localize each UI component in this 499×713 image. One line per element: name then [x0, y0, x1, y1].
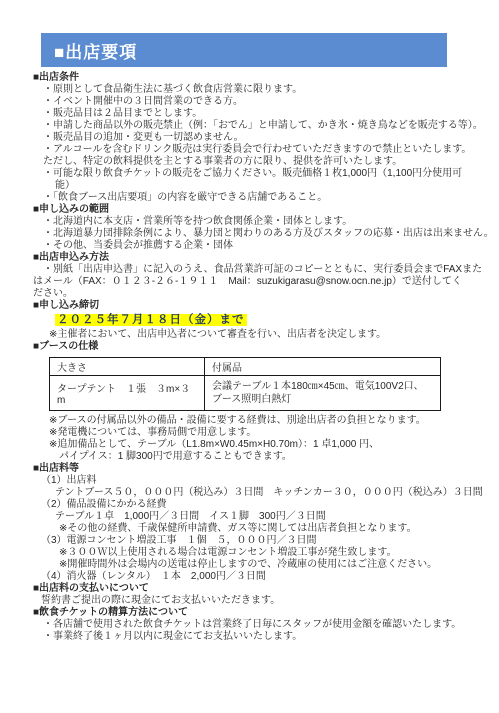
table-header-row: 大きさ 付属品	[50, 358, 441, 376]
deadline-line: ２０２５年７月１８日（金）まで	[33, 313, 497, 328]
doc-line: 能）	[33, 180, 497, 192]
doc-line: 誓約書ご提出の際に現金にてお支払いいただきます。	[33, 595, 497, 607]
section-heading: ■出店申込み方法	[33, 252, 497, 264]
doc-line: パイプイス：1 脚300円で用意することもできます。	[33, 451, 497, 463]
booth-spec-table: 大きさ 付属品 タープテント １張 ３m×３m 会議テーブル１本180㎝×45㎝…	[49, 357, 441, 411]
deadline-highlight: ２０２５年７月１８日（金）まで	[55, 314, 247, 326]
section-heading: ■出店料等	[33, 463, 497, 475]
doc-line: テーブル１卓 1,000円／３日間 イス１脚 300円／３日間	[33, 511, 497, 523]
doc-line: ・各店舗で使用された飲食チケットは営業終了日毎にスタッフが使用金額を確認いたしま…	[33, 619, 497, 631]
doc-line: ※ブースの付属品以外の備品・設備に要する経費は、別途出店者の負担となります。	[33, 415, 497, 427]
doc-line: テントブース５０，０００円（税込み）３日間 キッチンカー３０，０００円（税込み）…	[33, 487, 497, 499]
doc-line: ・原則として食品衛生法に基づく飲食店営業に限ります。	[33, 84, 497, 96]
doc-line: （3）電源コンセント増設工事 １個 ５，０００円／３日間	[33, 535, 497, 547]
document-lines-bottom: ※ブースの付属品以外の備品・設備に要する経費は、別途出店者の負担となります。※発…	[33, 415, 497, 643]
doc-line: ※開催時間外は会場内の送電は停止しますので、冷蔵庫の使用にはご注意ください。	[33, 559, 497, 571]
section-heading: ■飲食チケットの精算方法について	[33, 607, 497, 619]
table-row: タープテント １張 ３m×３m 会議テーブル１本180㎝×45㎝、電気100V2…	[50, 376, 441, 411]
doc-line: はメール（FAX：０１２３-２６-１９１１ Mail：suzukigarasu@…	[33, 276, 497, 288]
table-cell-size: タープテント １張 ３m×３m	[50, 376, 205, 411]
document-page: ■出店要項 ■出店条件・原則として食品衛生法に基づく飲食店営業に限ります。・イベ…	[0, 0, 499, 713]
doc-line: ※その他の経費、千歳保健所申請費、ガス等に関しては出店者負担となります。	[33, 523, 497, 535]
doc-line: ※追加備品として、テーブル（L1.8m×W0.45m×H0.70m）：1 卓1,…	[33, 439, 497, 451]
doc-line: ださい。	[33, 288, 497, 300]
doc-line: ・アルコールを含むドリンク販売は実行委員会で行わせていただきますので禁止といたし…	[33, 144, 497, 156]
table-header-size: 大きさ	[50, 358, 205, 376]
title-bar: ■出店要項	[41, 33, 447, 67]
section-heading: ■ブースの仕様	[33, 341, 497, 353]
doc-line: ・申請した商品以外の販売禁止（例：「おでん」と申請して、かき氷・焼き鳥などを販売…	[33, 120, 497, 132]
document-lines-top: ■出店条件・原則として食品衛生法に基づく飲食店営業に限ります。・イベント開催中の…	[33, 72, 497, 353]
doc-line: ・販売品目の追加・変更も一切認めません。	[33, 132, 497, 144]
doc-line: ・別紙「出店申込書」に記入のうえ、食品営業許可証のコピーとともに、実行委員会まで…	[33, 264, 497, 276]
doc-line: ・北海道暴力団排除条例により、暴力団と関わりのある方及びスタッフの応募・出店は出…	[33, 228, 497, 240]
doc-line: ※発電機については、事務局側で用意します。	[33, 427, 497, 439]
doc-line: （2）備品設備にかかる経費	[33, 499, 497, 511]
doc-line: ・北海道内に本支店・営業所等を持つ飲食関係企業・団体とします。	[33, 216, 497, 228]
doc-line: ただし、特定の飲料提供を主とする事業者の方に限り、提供を許可いたします。	[33, 156, 497, 168]
document-content: ■出店条件・原則として食品衛生法に基づく飲食店営業に限ります。・イベント開催中の…	[33, 72, 497, 643]
doc-line: ・可能な限り飲食チケットの販売をご協力ください。販売価格１枚1,000円（1,1…	[33, 168, 497, 180]
page-title: ■出店要項	[41, 38, 137, 63]
doc-line: ・その他、当委員会が推薦する企業・団体	[33, 240, 497, 252]
doc-line: （4）消火器（レンタル） １本 2,000円／３日間	[33, 571, 497, 583]
doc-line: ・「飲食ブース出店要項」の内容を厳守できる店舗であること。	[33, 192, 497, 204]
doc-line: ・事業終了後１ヶ月以内に現金にてお支払いいたします。	[33, 631, 497, 643]
table-cell-accessories: 会議テーブル１本180㎝×45㎝、電気100V2口、 ブース照明白熱灯	[205, 376, 441, 411]
doc-line: ・イベント開催中の３日間営業のできる方。	[33, 96, 497, 108]
doc-line: ※主催者において、出店申込者について審査を行い、出店者を決定します。	[33, 329, 497, 341]
section-heading: ■出店料の支払いについて	[33, 583, 497, 595]
section-heading: ■申し込みの範囲	[33, 204, 497, 216]
doc-line: （1）出店料	[33, 475, 497, 487]
doc-line: ・販売品目は２品目までとします。	[33, 108, 497, 120]
section-heading: ■申し込み締切	[33, 300, 497, 312]
doc-line: ※３００Ｗ以上使用される場合は電源コンセント増設工事が発生致します。	[33, 547, 497, 559]
table-header-accessories: 付属品	[205, 358, 441, 376]
section-heading: ■出店条件	[33, 72, 497, 84]
